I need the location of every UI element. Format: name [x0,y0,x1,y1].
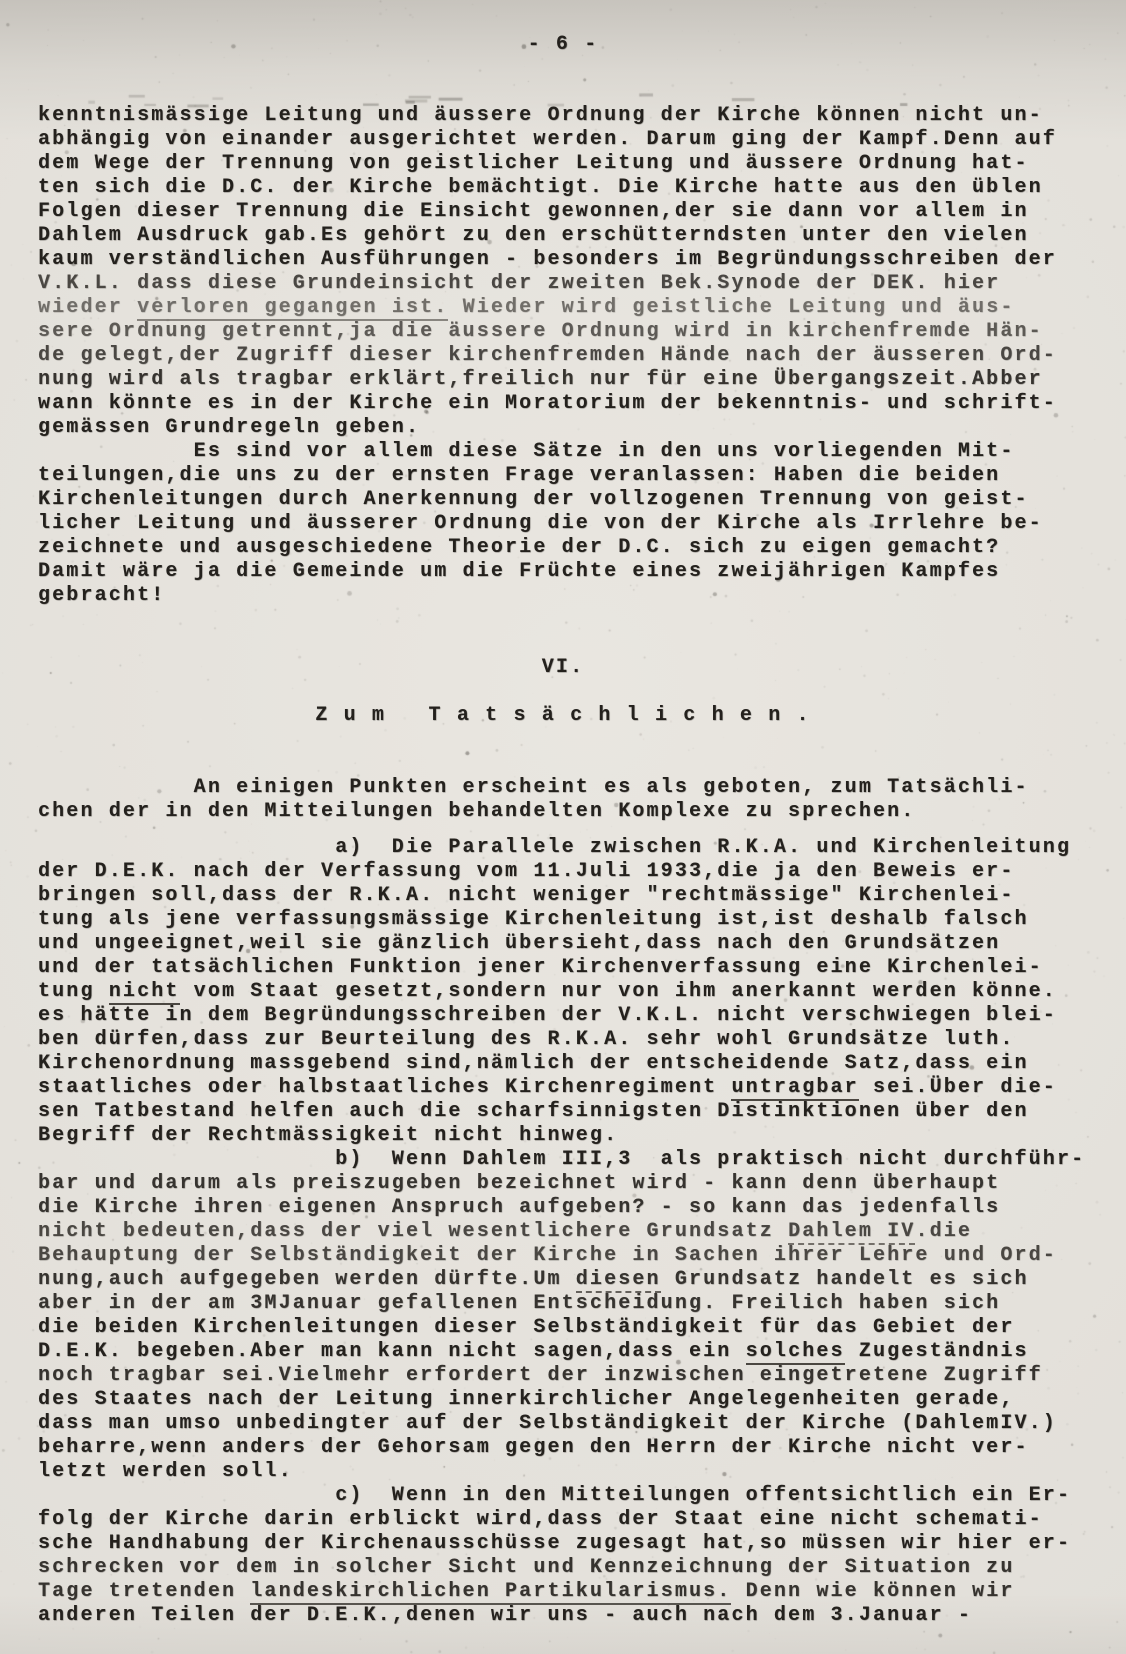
text-segment: An einigen Punkten erscheint es als gebo… [38,776,1029,799]
text-line: beharre,wenn anders der Gehorsam gegen d… [38,1436,1088,1460]
text-line: noch tragbar sei.Vielmehr erfordert der … [38,1364,1088,1388]
text-line: nung wird als tragbar erklärt,freilich n… [38,368,1088,392]
text-segment: a) Die Parallele zwischen R.K.A. und Kir… [38,836,1071,859]
underlined-text: diesen [576,1268,661,1293]
text-line: D.E.K. begeben.Aber man kann nicht sagen… [38,1340,1088,1364]
text-segment: kenntnismässige Leitung und äussere Ordn… [38,104,1043,127]
text-line: sche Handhabung der Kirchenausschüsse zu… [38,1532,1088,1556]
heading-line: Z u m T a t s ä c h l i c h e n . [38,704,1088,728]
text-line: und der tatsächlichen Funktion jener Kir… [38,956,1088,980]
text-line: gemässen Grundregeln geben. [38,416,1088,440]
underlined-text: nicht [109,980,180,1005]
document-body: kenntnismässige Leitung und äussere Ordn… [38,104,1088,1628]
text-segment: Kirchenordnung massgebend sind,nämlich d… [38,1052,1029,1075]
text-line: des Staates nach der Leitung innerkirchl… [38,1388,1088,1412]
text-segment: dass man umso unbedingter auf der Selbst… [38,1412,1057,1435]
heading-text: Z u m T a t s ä c h l i c h e n . [315,704,810,727]
text-segment: bar und darum als preiszugeben bezeichne… [38,1172,1000,1195]
text-line: wieder verloren gegangen ist. Wieder wir… [38,296,1088,320]
text-segment: es hätte in dem Begründungsschreiben der… [38,1004,1057,1027]
text-line: Dahlem Ausdruck gab.Es gehört zu den ers… [38,224,1088,248]
text-line: nung,auch aufgegeben werden dürfte.Um di… [38,1268,1088,1292]
section-title-heading: Z u m T a t s ä c h l i c h e n . [38,704,1088,728]
text-segment: dem Wege der Trennung von geistlicher Le… [38,152,1029,175]
text-segment: anderen Teilen der D.E.K.,denen wir uns … [38,1604,972,1627]
text-segment: gebracht! [38,584,165,607]
text-segment: licher Leitung und äusserer Ordnung die … [38,512,1043,535]
text-line: ten sich die D.C. der Kirche bemächtigt.… [38,176,1088,200]
text-segment: sche Handhabung der Kirchenausschüsse zu… [38,1532,1071,1555]
text-line: c) Wenn in den Mitteilungen offentsichtl… [38,1484,1088,1508]
vertical-gap [38,728,1088,776]
paragraph-a: a) Die Parallele zwischen R.K.A. und Kir… [38,836,1088,1148]
text-segment: nung wird als tragbar erklärt,freilich n… [38,368,1043,391]
text-segment: Folgen dieser Trennung die Einsicht gewo… [38,200,1029,223]
text-line: Kirchenordnung massgebend sind,nämlich d… [38,1052,1088,1076]
text-segment: Zugeständnis [845,1340,1029,1363]
text-segment: noch tragbar sei.Vielmehr erfordert der … [38,1364,1043,1387]
vertical-gap [38,608,1088,656]
text-segment: nung,auch aufgegeben werden dürfte.Um [38,1268,576,1291]
text-line: bar und darum als preiszugeben bezeichne… [38,1172,1088,1196]
text-segment: c) Wenn in den Mitteilungen offentsichtl… [38,1484,1071,1507]
text-line: a) Die Parallele zwischen R.K.A. und Kir… [38,836,1088,860]
text-line: zeichnete und ausgeschiedene Theorie der… [38,536,1088,560]
text-line: folg der Kirche darin erblickt wird,dass… [38,1508,1088,1532]
text-line: tung nicht vom Staat gesetzt,sondern nur… [38,980,1088,1004]
underlined-text: untragbar [731,1076,858,1101]
text-line: der D.E.K. nach der Verfassung vom 11.Ju… [38,860,1088,884]
text-segment: tung [38,980,109,1003]
text-line: kaum verständlichen Ausführungen - beson… [38,248,1088,272]
scanned-document-screenshot: { "page": { "number": "- 6 -", "paper_co… [0,0,1126,1654]
text-line: dem Wege der Trennung von geistlicher Le… [38,152,1088,176]
underlined-text: solches [746,1340,845,1365]
text-segment: sen Tatbestand helfen auch die scharfsin… [38,1100,1029,1123]
text-segment: vom Staat gesetzt,sondern nur von ihm an… [180,980,1057,1003]
text-line: b) Wenn Dahlem III,3 als praktisch nicht… [38,1148,1088,1172]
text-segment: abhängig von einander ausgerichtet werde… [38,128,1057,151]
text-line: es hätte in dem Begründungsschreiben der… [38,1004,1088,1028]
text-segment: und der tatsächlichen Funktion jener Kir… [38,956,1043,979]
text-segment: gemässen Grundregeln geben. [38,416,420,439]
text-line: wann könnte es in der Kirche ein Morator… [38,392,1088,416]
text-segment: sei.Über die- [859,1076,1057,1099]
paragraph-2: Es sind vor allem diese Sätze in den uns… [38,440,1088,608]
text-line: Es sind vor allem diese Sätze in den uns… [38,440,1088,464]
text-line: Damit wäre ja die Gemeinde um die Frücht… [38,560,1088,584]
text-segment: de gelegt,der Zugriff dieser kirchenfrem… [38,344,1057,367]
paragraph-b: b) Wenn Dahlem III,3 als praktisch nicht… [38,1148,1088,1484]
text-segment: beharre,wenn anders der Gehorsam gegen d… [38,1436,1029,1459]
text-segment: D.E.K. begeben.Aber man kann nicht sagen… [38,1340,746,1363]
text-segment: Denn wie können wir [731,1580,1014,1603]
text-segment: und ungeeignet,weil sie gänzlich übersie… [38,932,1000,955]
text-line: nicht bedeuten,dass der viel wesentliche… [38,1220,1088,1244]
text-segment: b) Wenn Dahlem III,3 als praktisch nicht… [38,1148,1085,1171]
text-line: tung als jene verfassungsmässige Kirchen… [38,908,1088,932]
text-line: letzt werden soll. [38,1460,1088,1484]
text-segment: folg der Kirche darin erblickt wird,dass… [38,1508,1043,1531]
text-segment: Es sind vor allem diese Sätze in den uns… [38,440,1014,463]
text-line: anderen Teilen der D.E.K.,denen wir uns … [38,1604,1088,1628]
vertical-gap [38,680,1088,704]
text-segment: die beiden Kirchenleitungen dieser Selbs… [38,1316,1014,1339]
vertical-gap [38,824,1088,836]
text-line: ben dürfen,dass zur Beurteilung des R.K.… [38,1028,1088,1052]
text-segment: Grundsatz handelt es sich [661,1268,1029,1291]
section-number-heading: VI. [38,656,1088,680]
text-line: V.K.L. dass diese Grundeinsicht der zwei… [38,272,1088,296]
text-line: kenntnismässige Leitung und äussere Ordn… [38,104,1088,128]
text-line: schrecken vor dem in solcher Sicht und K… [38,1556,1088,1580]
text-segment: Begriff der Rechtmässigkeit nicht hinweg… [38,1124,618,1147]
page: - 6 - kenntnismässige Leitung und äusser… [0,0,1126,1628]
text-line: Kirchenleitungen durch Anerkennung der v… [38,488,1088,512]
text-segment: Damit wäre ja die Gemeinde um die Frücht… [38,560,1000,583]
text-segment: der D.E.K. nach der Verfassung vom 11.Ju… [38,860,1014,883]
heading-line: VI. [38,656,1088,680]
text-segment: Tage tretenden [38,1580,250,1603]
text-segment: die Kirche ihren eigenen Anspruch aufgeb… [38,1196,1000,1219]
text-line: und ungeeignet,weil sie gänzlich übersie… [38,932,1088,956]
text-segment: kaum verständlichen Ausführungen - beson… [38,248,1057,271]
text-segment: aber in der am 3MJanuar gefallenen Entsc… [38,1292,1000,1315]
underlined-text: landeskirchlichen Partikularismus. [250,1580,731,1605]
paragraph-1: kenntnismässige Leitung und äussere Ordn… [38,104,1088,440]
underlined-text: Dahlem IV [788,1220,915,1245]
page-number: - 6 - [38,33,1088,57]
text-line: die beiden Kirchenleitungen dieser Selbs… [38,1316,1088,1340]
text-segment: bringen soll,dass der R.K.A. nicht wenig… [38,884,1014,907]
text-line: Begriff der Rechtmässigkeit nicht hinweg… [38,1124,1088,1148]
text-segment: zeichnete und ausgeschiedene Theorie der… [38,536,1000,559]
underlined-text: verloren gegangen ist. [137,296,448,321]
text-segment: .die [915,1220,972,1243]
text-segment: ten sich die D.C. der Kirche bemächtigt.… [38,176,1043,199]
text-segment: des Staates nach der Leitung innerkirchl… [38,1388,1014,1411]
text-segment: teilungen,die uns zu der ernsten Frage v… [38,464,1000,487]
text-line: sen Tatbestand helfen auch die scharfsin… [38,1100,1088,1124]
text-line: aber in der am 3MJanuar gefallenen Entsc… [38,1292,1088,1316]
text-segment: wann könnte es in der Kirche ein Morator… [38,392,1057,415]
paragraph-intro: An einigen Punkten erscheint es als gebo… [38,776,1088,824]
text-line: teilungen,die uns zu der ernsten Frage v… [38,464,1088,488]
heading-text: VI. [542,656,584,679]
text-line: die Kirche ihren eigenen Anspruch aufgeb… [38,1196,1088,1220]
text-segment: Wieder wird geistliche Leitung und äus- [448,296,1014,319]
text-segment: schrecken vor dem in solcher Sicht und K… [38,1556,1014,1579]
text-line: gebracht! [38,584,1088,608]
text-segment: wieder [38,296,137,319]
text-segment: sere Ordnung getrennt,ja die äussere Ord… [38,320,1043,343]
text-line: bringen soll,dass der R.K.A. nicht wenig… [38,884,1088,908]
text-line: licher Leitung und äusserer Ordnung die … [38,512,1088,536]
text-line: An einigen Punkten erscheint es als gebo… [38,776,1088,800]
text-line: Behauptung der Selbständigkeit der Kirch… [38,1244,1088,1268]
text-line: abhängig von einander ausgerichtet werde… [38,128,1088,152]
text-segment: Kirchenleitungen durch Anerkennung der v… [38,488,1029,511]
text-segment: nicht bedeuten,dass der viel wesentliche… [38,1220,788,1243]
text-line: dass man umso unbedingter auf der Selbst… [38,1412,1088,1436]
text-line: staatliches oder halbstaatliches Kirchen… [38,1076,1088,1100]
text-segment: tung als jene verfassungsmässige Kirchen… [38,908,1029,931]
text-line: de gelegt,der Zugriff dieser kirchenfrem… [38,344,1088,368]
text-segment: V.K.L. dass diese Grundeinsicht der zwei… [38,272,1000,295]
text-line: chen der in den Mitteilungen behandelten… [38,800,1088,824]
text-segment: ben dürfen,dass zur Beurteilung des R.K.… [38,1028,1014,1051]
text-line: Folgen dieser Trennung die Einsicht gewo… [38,200,1088,224]
text-line: sere Ordnung getrennt,ja die äussere Ord… [38,320,1088,344]
text-segment: staatliches oder halbstaatliches Kirchen… [38,1076,731,1099]
text-segment: chen der in den Mitteilungen behandelten… [38,800,915,823]
text-segment: Behauptung der Selbständigkeit der Kirch… [38,1244,1057,1267]
text-segment: letzt werden soll. [38,1460,293,1483]
text-segment: Dahlem Ausdruck gab.Es gehört zu den ers… [38,224,1029,247]
text-line: Tage tretenden landeskirchlichen Partiku… [38,1580,1088,1604]
paragraph-c: c) Wenn in den Mitteilungen offentsichtl… [38,1484,1088,1628]
